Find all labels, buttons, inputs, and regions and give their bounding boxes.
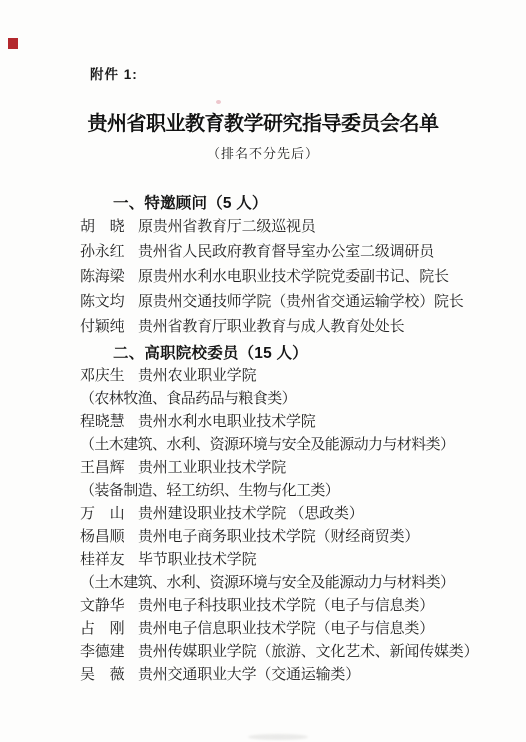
scanned-document-page: { "page": { "attachment_label": "附件 1:",…	[0, 0, 526, 742]
member-name: 孙永红	[80, 240, 126, 265]
member-desc: 贵州交通职业大学（交通运输类）	[138, 667, 360, 683]
member-desc: 原贵州水利水电职业技术学院党委副书记、院长	[138, 269, 449, 285]
member-desc: 贵州省教育厅职业教育与成人教育处处长	[138, 319, 404, 335]
member-category: （农林牧渔、食品药品与粮食类）	[80, 388, 486, 411]
member-row: 吴 薇贵州交通职业大学（交通运输类）	[80, 664, 486, 687]
member-row: 付颖纯贵州省教育厅职业教育与成人教育处处长	[80, 315, 486, 340]
document-title: 贵州省职业教育教学研究指导委员会名单	[40, 112, 486, 137]
member-desc: 原贵州省教育厅二级巡视员	[138, 219, 316, 235]
member-category: （土木建筑、水利、资源环境与安全及能源动力与材料类）	[80, 434, 486, 457]
member-row: 万 山贵州建设职业技术学院 （思政类）	[80, 503, 486, 526]
sections-container: 一、特邀顾问（5 人）胡 晓原贵州省教育厅二级巡视员孙永红贵州省人民政府教育督导…	[80, 193, 486, 687]
document-subtitle: （排名不分先后）	[40, 146, 486, 162]
member-name: 杨昌顺	[80, 526, 126, 549]
member-row: 王昌辉贵州工业职业技术学院	[80, 457, 486, 480]
member-name: 程晓慧	[80, 411, 126, 434]
member-row: 胡 晓原贵州省教育厅二级巡视员	[80, 215, 486, 240]
attachment-label: 附件 1:	[90, 67, 486, 82]
member-desc: 原贵州交通技师学院（贵州省交通运输学校）院长	[138, 294, 464, 310]
member-name: 吴 薇	[80, 664, 126, 687]
member-name: 万 山	[80, 503, 126, 526]
member-name: 陈海梁	[80, 265, 126, 290]
member-desc: 贵州电子科技职业技术学院（电子与信息类）	[138, 598, 434, 614]
member-row: 陈海梁原贵州水利水电职业技术学院党委副书记、院长	[80, 265, 486, 290]
member-name: 李德建	[80, 641, 126, 664]
member-name: 陈文均	[80, 290, 126, 315]
member-name: 胡 晓	[80, 215, 126, 240]
member-name: 桂祥友	[80, 549, 126, 572]
member-name: 占 刚	[80, 618, 126, 641]
member-desc: 贵州水利水电职业技术学院	[138, 414, 316, 430]
member-row: 桂祥友毕节职业技术学院	[80, 549, 486, 572]
member-name: 王昌辉	[80, 457, 126, 480]
member-desc: 贵州电子信息职业技术学院（电子与信息类）	[138, 621, 434, 637]
member-desc: 贵州工业职业技术学院	[138, 460, 286, 476]
document-page: 附件 1: 贵州省职业教育教学研究指导委员会名单 （排名不分先后） 一、特邀顾问…	[0, 0, 526, 742]
member-row: 孙永红贵州省人民政府教育督导室办公室二级调研员	[80, 240, 486, 265]
member-row: 文静华贵州电子科技职业技术学院（电子与信息类）	[80, 595, 486, 618]
member-category: （装备制造、轻工纺织、生物与化工类）	[80, 480, 486, 503]
member-desc: 贵州传媒职业学院（旅游、文化艺术、新闻传媒类）	[138, 644, 478, 660]
member-row: 程晓慧贵州水利水电职业技术学院	[80, 411, 486, 434]
member-desc: 贵州建设职业技术学院 （思政类）	[138, 506, 364, 522]
member-name: 邓庆生	[80, 365, 126, 388]
member-row: 邓庆生贵州农业职业学院	[80, 365, 486, 388]
member-row: 陈文均原贵州交通技师学院（贵州省交通运输学校）院长	[80, 290, 486, 315]
member-desc: 贵州农业职业学院	[138, 368, 256, 384]
member-desc: 贵州省人民政府教育督导室办公室二级调研员	[138, 244, 434, 260]
member-desc: 贵州电子商务职业技术学院（财经商贸类）	[138, 529, 419, 545]
member-row: 李德建贵州传媒职业学院（旅游、文化艺术、新闻传媒类）	[80, 641, 486, 664]
section-heading: 一、特邀顾问（5 人）	[80, 193, 486, 215]
member-row: 杨昌顺贵州电子商务职业技术学院（财经商贸类）	[80, 526, 486, 549]
member-row: 占 刚贵州电子信息职业技术学院（电子与信息类）	[80, 618, 486, 641]
member-desc: 毕节职业技术学院	[138, 552, 256, 568]
section-heading: 二、高职院校委员（15 人）	[80, 343, 486, 365]
member-name: 付颖纯	[80, 315, 126, 340]
member-category: （土木建筑、水利、资源环境与安全及能源动力与材料类）	[80, 572, 486, 595]
member-name: 文静华	[80, 595, 126, 618]
